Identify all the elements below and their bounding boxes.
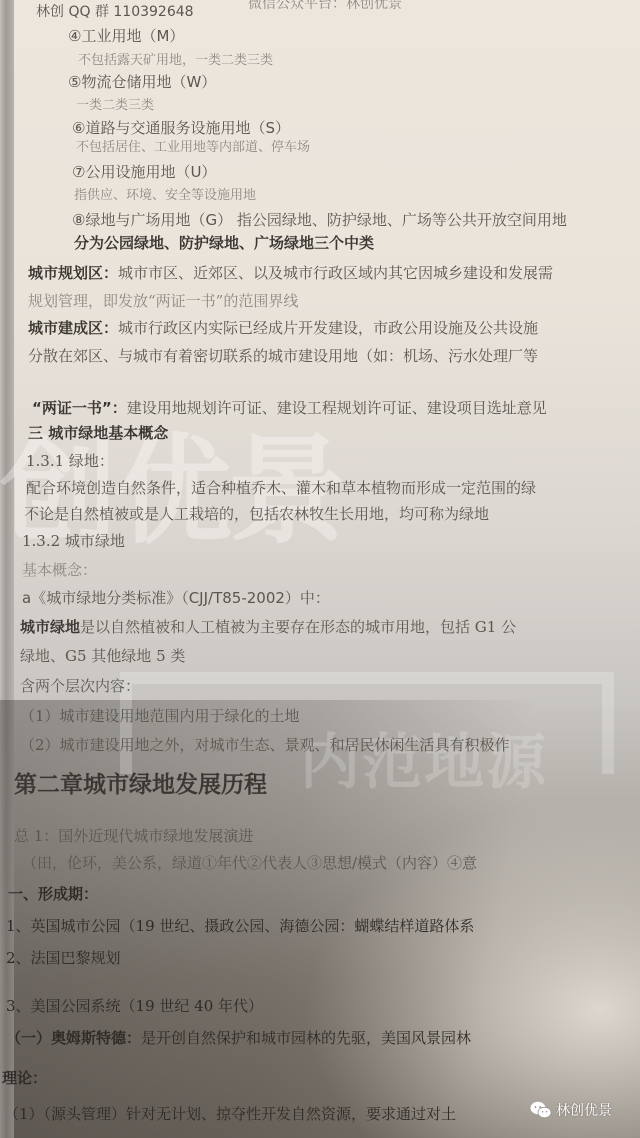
section3-title: 三 城市绿地基本概念: [28, 423, 168, 443]
basic-concept-label: 基本概念：: [22, 560, 97, 580]
def-two-certs-text: 建设用地规划许可证、建设工程规划许可证、建设项目选址意见: [127, 399, 547, 417]
land-use-title-g-label: ⑧绿地与广场用地（G）: [72, 211, 232, 229]
land-use-note-m: 不包括露天矿用地，一类二类三类: [78, 51, 273, 71]
chapter-summary-sub: （田，伦环，美公系，绿道①年代②代表人③思想/模式（内容）④意: [22, 853, 477, 873]
land-use-title-g: ⑧绿地与广场用地（G） 指公园绿地、防护绿地、广场等公共开放空间用地: [72, 210, 567, 230]
olmsted-text: 是开创自然保护和城市园林的先驱，美国风景园林: [141, 1029, 471, 1047]
def-two-certs-label: “两证一书”：: [32, 399, 127, 417]
green-space-def-line2: 绿地、G5 其他绿地 5 类: [20, 646, 185, 666]
level-1: （1）城市建设用地范围内用于绿化的土地: [20, 706, 300, 726]
s132-title: 1.3.2 城市绿地: [22, 531, 125, 551]
wechat-account-name: 林创优景: [556, 1100, 612, 1120]
def-planning-area: 城市规划区：城市市区、近郊区、以及城市行政区域内其它因城乡建设和发展需: [28, 263, 553, 283]
chapter-summary: 总 1：国外近现代城市绿地发展演进: [14, 826, 253, 846]
land-use-note-s: 不包括居住、工业用地等内部道、停车场: [76, 138, 310, 158]
wechat-watermark: 林创优景: [530, 1100, 612, 1120]
wechat-icon: [530, 1101, 552, 1119]
chapter-title: 第二章城市绿地发展历程: [14, 770, 267, 800]
level-2: （2）城市建设用地之外，对城市生态、景观、和居民休闲生活具有积极作: [20, 735, 510, 755]
header-qq-group: 林创 QQ 群 110392648: [36, 2, 194, 22]
header-wechat-platform: 微信公众平台：林创优景: [248, 0, 402, 14]
phase-item-2: 2、法国巴黎规划: [6, 948, 121, 968]
theory-label: 理论：: [2, 1068, 47, 1088]
green-space-def-bold: 城市绿地: [20, 618, 80, 636]
green-space-definition: 城市绿地是以自然植被和人工植被为主要存在形态的城市用地，包括 G1 公: [20, 617, 516, 637]
def-planning-area-label: 城市规划区：: [28, 264, 118, 282]
def-built-area-text: 城市行政区内实际已经成片开发建设，市政公用设施及公共设施: [118, 319, 538, 337]
def-planning-area-line2: 规划管理，即发放“两证一书”的范围界线: [28, 291, 298, 311]
def-built-area-label: 城市建成区：: [28, 319, 118, 337]
olmsted-line: （一）奥姆斯特德：是开创自然保护和城市园林的先驱，美国风景园林: [6, 1028, 471, 1048]
def-planning-area-text: 城市市区、近郊区、以及城市行政区域内其它因城乡建设和发展需: [118, 264, 553, 282]
land-use-title-g-desc: 指公园绿地、防护绿地、广场等公共开放空间用地: [237, 211, 567, 229]
phase-title: 一、形成期：: [8, 884, 98, 904]
def-built-area: 城市建成区：城市行政区内实际已经成片开发建设，市政公用设施及公共设施: [28, 318, 538, 338]
s131-line2: 不论是自然植被或是人工栽培的，包括农林牧生长用地，均可称为绿地: [24, 504, 489, 524]
def-two-certs: “两证一书”：建设用地规划许可证、建设工程规划许可证、建设项目选址意见: [32, 398, 547, 418]
land-use-note-w: 一类二类三类: [76, 96, 154, 116]
land-use-title-s: ⑥道路与交通服务设施用地（S）: [72, 118, 290, 138]
green-space-def-rest: 是以自然植被和人工植被为主要存在形态的城市用地，包括 G1 公: [80, 618, 516, 636]
def-built-area-line2: 分散在郊区、与城市有着密切联系的城市建设用地（如：机场、污水处理厂等: [28, 346, 538, 366]
document-page: 林创 QQ 群 110392648 微信公众平台：林创优景 ④工业用地（M） 不…: [0, 0, 640, 1138]
levels-intro: 含两个层次内容：: [20, 676, 140, 696]
phase-item-3: 3、美国公园系统（19 世纪 40 年代）: [6, 996, 263, 1016]
land-use-note-u: 指供应、环境、安全等设施用地: [74, 186, 256, 206]
olmsted-label: （一）奥姆斯特德：: [6, 1029, 141, 1047]
land-use-note-g: 分为公园绿地、防护绿地、广场绿地三个中类: [74, 233, 374, 253]
s131-title: 1.3.1 绿地：: [26, 451, 114, 471]
s131-line1: 配合环境创造自然条件，适合种植乔木、灌木和草本植物而形成一定范围的绿: [26, 478, 536, 498]
land-use-title-u: ⑦公用设施用地（U）: [72, 162, 216, 182]
phase-item-1: 1、英国城市公园（19 世纪、摄政公园、海德公园：蝴蝶结样道路体系: [6, 916, 474, 936]
land-use-title-w: ⑤物流仓储用地（W）: [68, 72, 216, 92]
land-use-title-m: ④工业用地（M）: [68, 26, 184, 46]
standard-line: a《城市绿地分类标准》（CJJ/T85-2002）中：: [22, 588, 330, 608]
theory-item-1: （1）（源头管理）针对无计划、掠夺性开发自然资源，要求通过对土: [4, 1104, 456, 1124]
